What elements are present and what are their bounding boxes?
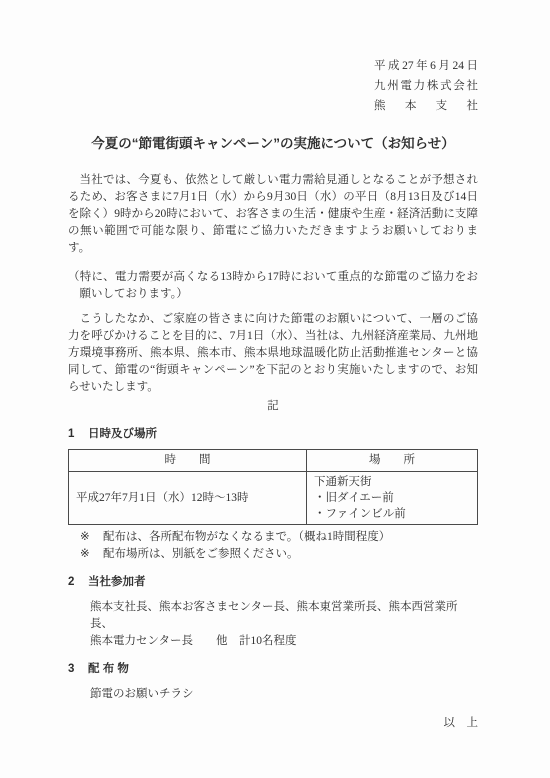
participants-line: 熊本電力センター長 他 計10名程度 bbox=[90, 633, 478, 650]
document-page: 平成27年6月24日 九州電力株式会社 熊 本 支 社 今夏の“節電街頭キャンペ… bbox=[0, 0, 550, 778]
handouts-line: 節電のお願いチラシ bbox=[90, 686, 478, 703]
section-label: 当社参加者 bbox=[88, 574, 146, 591]
section-number: 1 bbox=[68, 426, 88, 443]
section-participants: 2 当社参加者 熊本支社長、熊本お客さまセンター長、熊本東営業所長、熊本西営業所… bbox=[68, 574, 478, 650]
closing-mark: 以 上 bbox=[68, 715, 478, 732]
record-marker: 記 bbox=[68, 398, 478, 415]
note-location-reference: ※ 配布場所は、別紙をご参照ください。 bbox=[68, 546, 478, 563]
cell-place: 下通新天街 ・旧ダイエー前 ・ファインビル前 bbox=[307, 472, 478, 525]
section-number: 2 bbox=[68, 574, 88, 591]
participants-body: 熊本支社長、熊本お客さまセンター長、熊本東営業所長、熊本西営業所長、 熊本電力セ… bbox=[68, 599, 478, 650]
document-date: 平成27年6月24日 bbox=[374, 56, 478, 76]
branch-name: 熊 本 支 社 bbox=[374, 96, 478, 116]
table-header-row: 時 間 場 所 bbox=[69, 450, 478, 472]
place-line: 下通新天街 bbox=[314, 474, 473, 490]
column-header-place: 場 所 bbox=[307, 450, 478, 472]
section-heading-1: 1 日時及び場所 bbox=[68, 426, 478, 443]
section-label: 配 布 物 bbox=[88, 661, 129, 678]
section-number: 3 bbox=[68, 661, 88, 678]
note-text: 配布は、各所配布物がなくなるまで。（概ね1時間程度） bbox=[103, 529, 478, 546]
handouts-body: 節電のお願いチラシ bbox=[68, 686, 478, 703]
table-row: 平成27年7月1日（水）12時～13時 下通新天街 ・旧ダイエー前 ・ファインビ… bbox=[69, 472, 478, 525]
paragraph-intro: 当社では、今夏も、依然として厳しい電力需給見通しとなることが予想されるため、お客… bbox=[68, 172, 478, 257]
paragraph-peak-hours-note: （特に、電力需要が高くなる13時から17時において重点的な節電のご協力をお願いし… bbox=[68, 269, 478, 303]
place-line: ・ファインビル前 bbox=[314, 506, 473, 522]
section-heading-2: 2 当社参加者 bbox=[68, 574, 478, 591]
company-name: 九州電力株式会社 bbox=[374, 76, 478, 96]
place-line: ・旧ダイエー前 bbox=[314, 490, 473, 506]
document-title: 今夏の“節電街頭キャンペーン”の実施について（お知らせ） bbox=[68, 135, 478, 153]
note-mark: ※ bbox=[80, 546, 103, 563]
participants-line: 熊本支社長、熊本お客さまセンター長、熊本東営業所長、熊本西営業所長、 bbox=[90, 599, 478, 633]
cell-time: 平成27年7月1日（水）12時～13時 bbox=[69, 472, 307, 525]
sender-block: 平成27年6月24日 九州電力株式会社 熊 本 支 社 bbox=[374, 56, 478, 116]
note-text: 配布場所は、別紙をご参照ください。 bbox=[103, 546, 478, 563]
note-duration: ※ 配布は、各所配布物がなくなるまで。（概ね1時間程度） bbox=[68, 529, 478, 546]
section-datetime-place: 1 日時及び場所 時 間 場 所 平成27年7月1日（水）12時～13時 下通新… bbox=[68, 426, 478, 563]
column-header-time: 時 間 bbox=[69, 450, 307, 472]
schedule-table: 時 間 場 所 平成27年7月1日（水）12時～13時 下通新天街 ・旧ダイエー… bbox=[68, 449, 478, 525]
section-heading-3: 3 配 布 物 bbox=[68, 661, 478, 678]
section-handouts: 3 配 布 物 節電のお願いチラシ bbox=[68, 661, 478, 703]
note-mark: ※ bbox=[80, 529, 103, 546]
paragraph-campaign-announcement: こうしたなか、ご家庭の皆さまに向けた節電のお願いについて、一層のご協力を呼びかけ… bbox=[68, 311, 478, 396]
section-label: 日時及び場所 bbox=[88, 426, 157, 443]
